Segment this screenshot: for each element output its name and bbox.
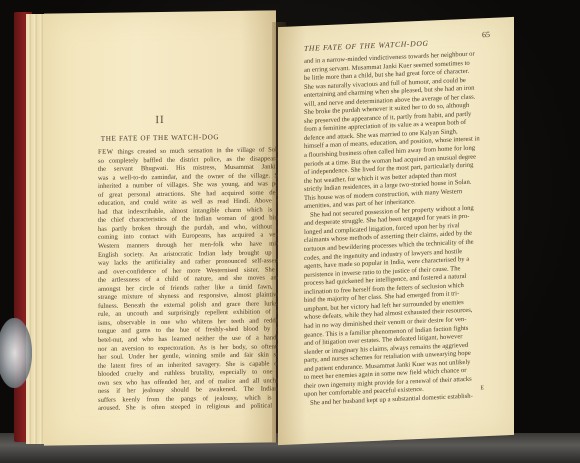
right-page-body: and in a narrow-minded vindictiveness to…: [304, 50, 494, 409]
signature-mark: E: [480, 385, 484, 391]
page-number: 65: [482, 30, 490, 39]
chapter-number: II: [44, 112, 276, 127]
text-line: aroused. She is often steeped in religio…: [98, 402, 298, 413]
left-page-body: FEW things created so much sensation in …: [98, 146, 298, 414]
running-head: THE FATE OF THE WATCH-DOG: [304, 39, 429, 53]
right-page: THE FATE OF THE WATCH-DOG 65 and in a na…: [278, 17, 514, 445]
chapter-title: THE FATE OF THE WATCH-DOG: [44, 132, 276, 143]
left-page: II THE FATE OF THE WATCH-DOG FEW things …: [44, 10, 276, 445]
metal-clip-reflection: [0, 318, 32, 388]
